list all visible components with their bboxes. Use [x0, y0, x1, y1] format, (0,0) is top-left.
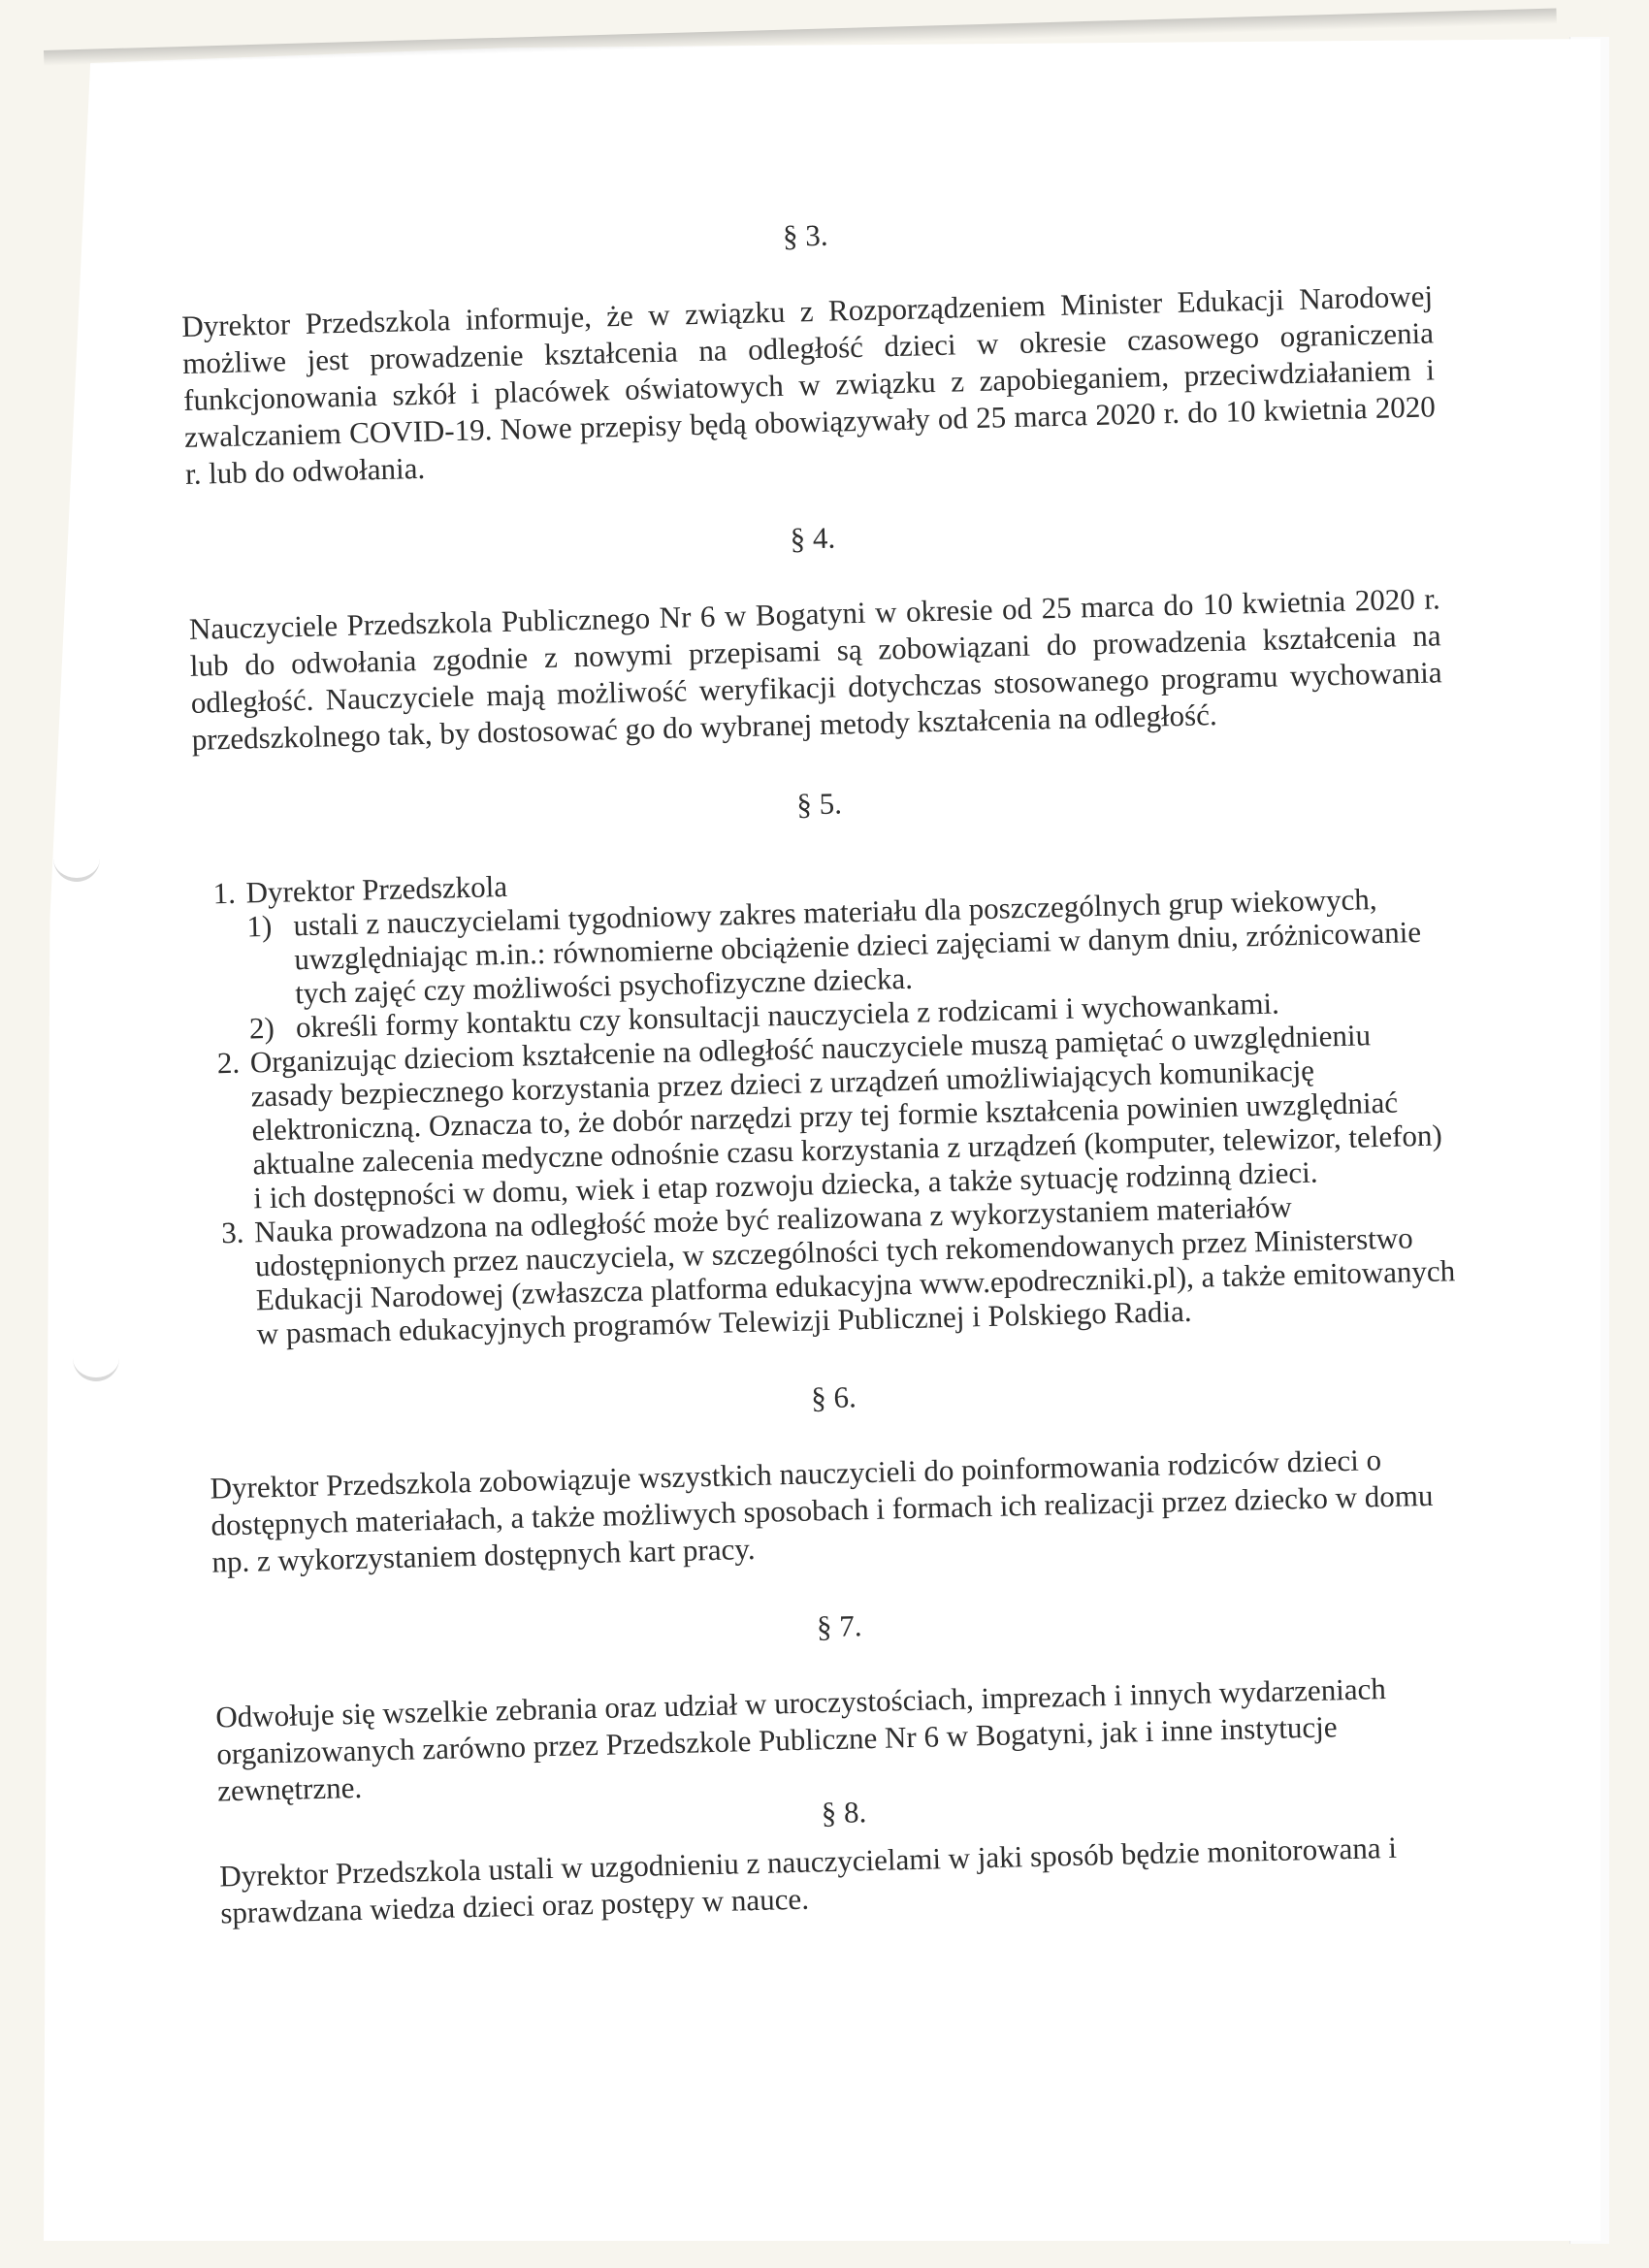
- list-item: 1. Dyrektor Przedszkola 1) ustali z nauc…: [195, 846, 1450, 1046]
- section-4: § 4. Nauczyciele Przedszkola Publicznego…: [187, 504, 1443, 758]
- list-item-number: 1.: [212, 876, 236, 911]
- list-item-text: Organizując dzieciom kształcenie na odle…: [249, 1016, 1454, 1215]
- sub-list-item-number: 2): [249, 1011, 275, 1046]
- section-7: § 7. Odwołuje się wszelkie zebrania oraz…: [213, 1593, 1469, 1809]
- section-6: § 6. Dyrektor Przedszkola zobowiązuje ws…: [208, 1364, 1463, 1580]
- list-item: 2. Organizując dzieciom kształcenie na o…: [199, 1016, 1454, 1215]
- section-5: § 5. 1. Dyrektor Przedszkola 1) ustali z…: [193, 770, 1457, 1351]
- section-3: § 3. Dyrektor Przedszkola informuje, że …: [179, 202, 1437, 492]
- list-item-number: 3.: [221, 1215, 244, 1250]
- numbered-list: 1. Dyrektor Przedszkola 1) ustali z nauc…: [195, 846, 1458, 1351]
- list-item-number: 2.: [216, 1046, 240, 1081]
- section-paragraph: Dyrektor Przedszkola informuje, że w zwi…: [181, 277, 1437, 492]
- scanned-sheet: § 3. Dyrektor Przedszkola informuje, że …: [0, 0, 1649, 2268]
- document-body: § 3. Dyrektor Przedszkola informuje, że …: [179, 202, 1471, 1931]
- sub-list-item-number: 1): [246, 909, 273, 944]
